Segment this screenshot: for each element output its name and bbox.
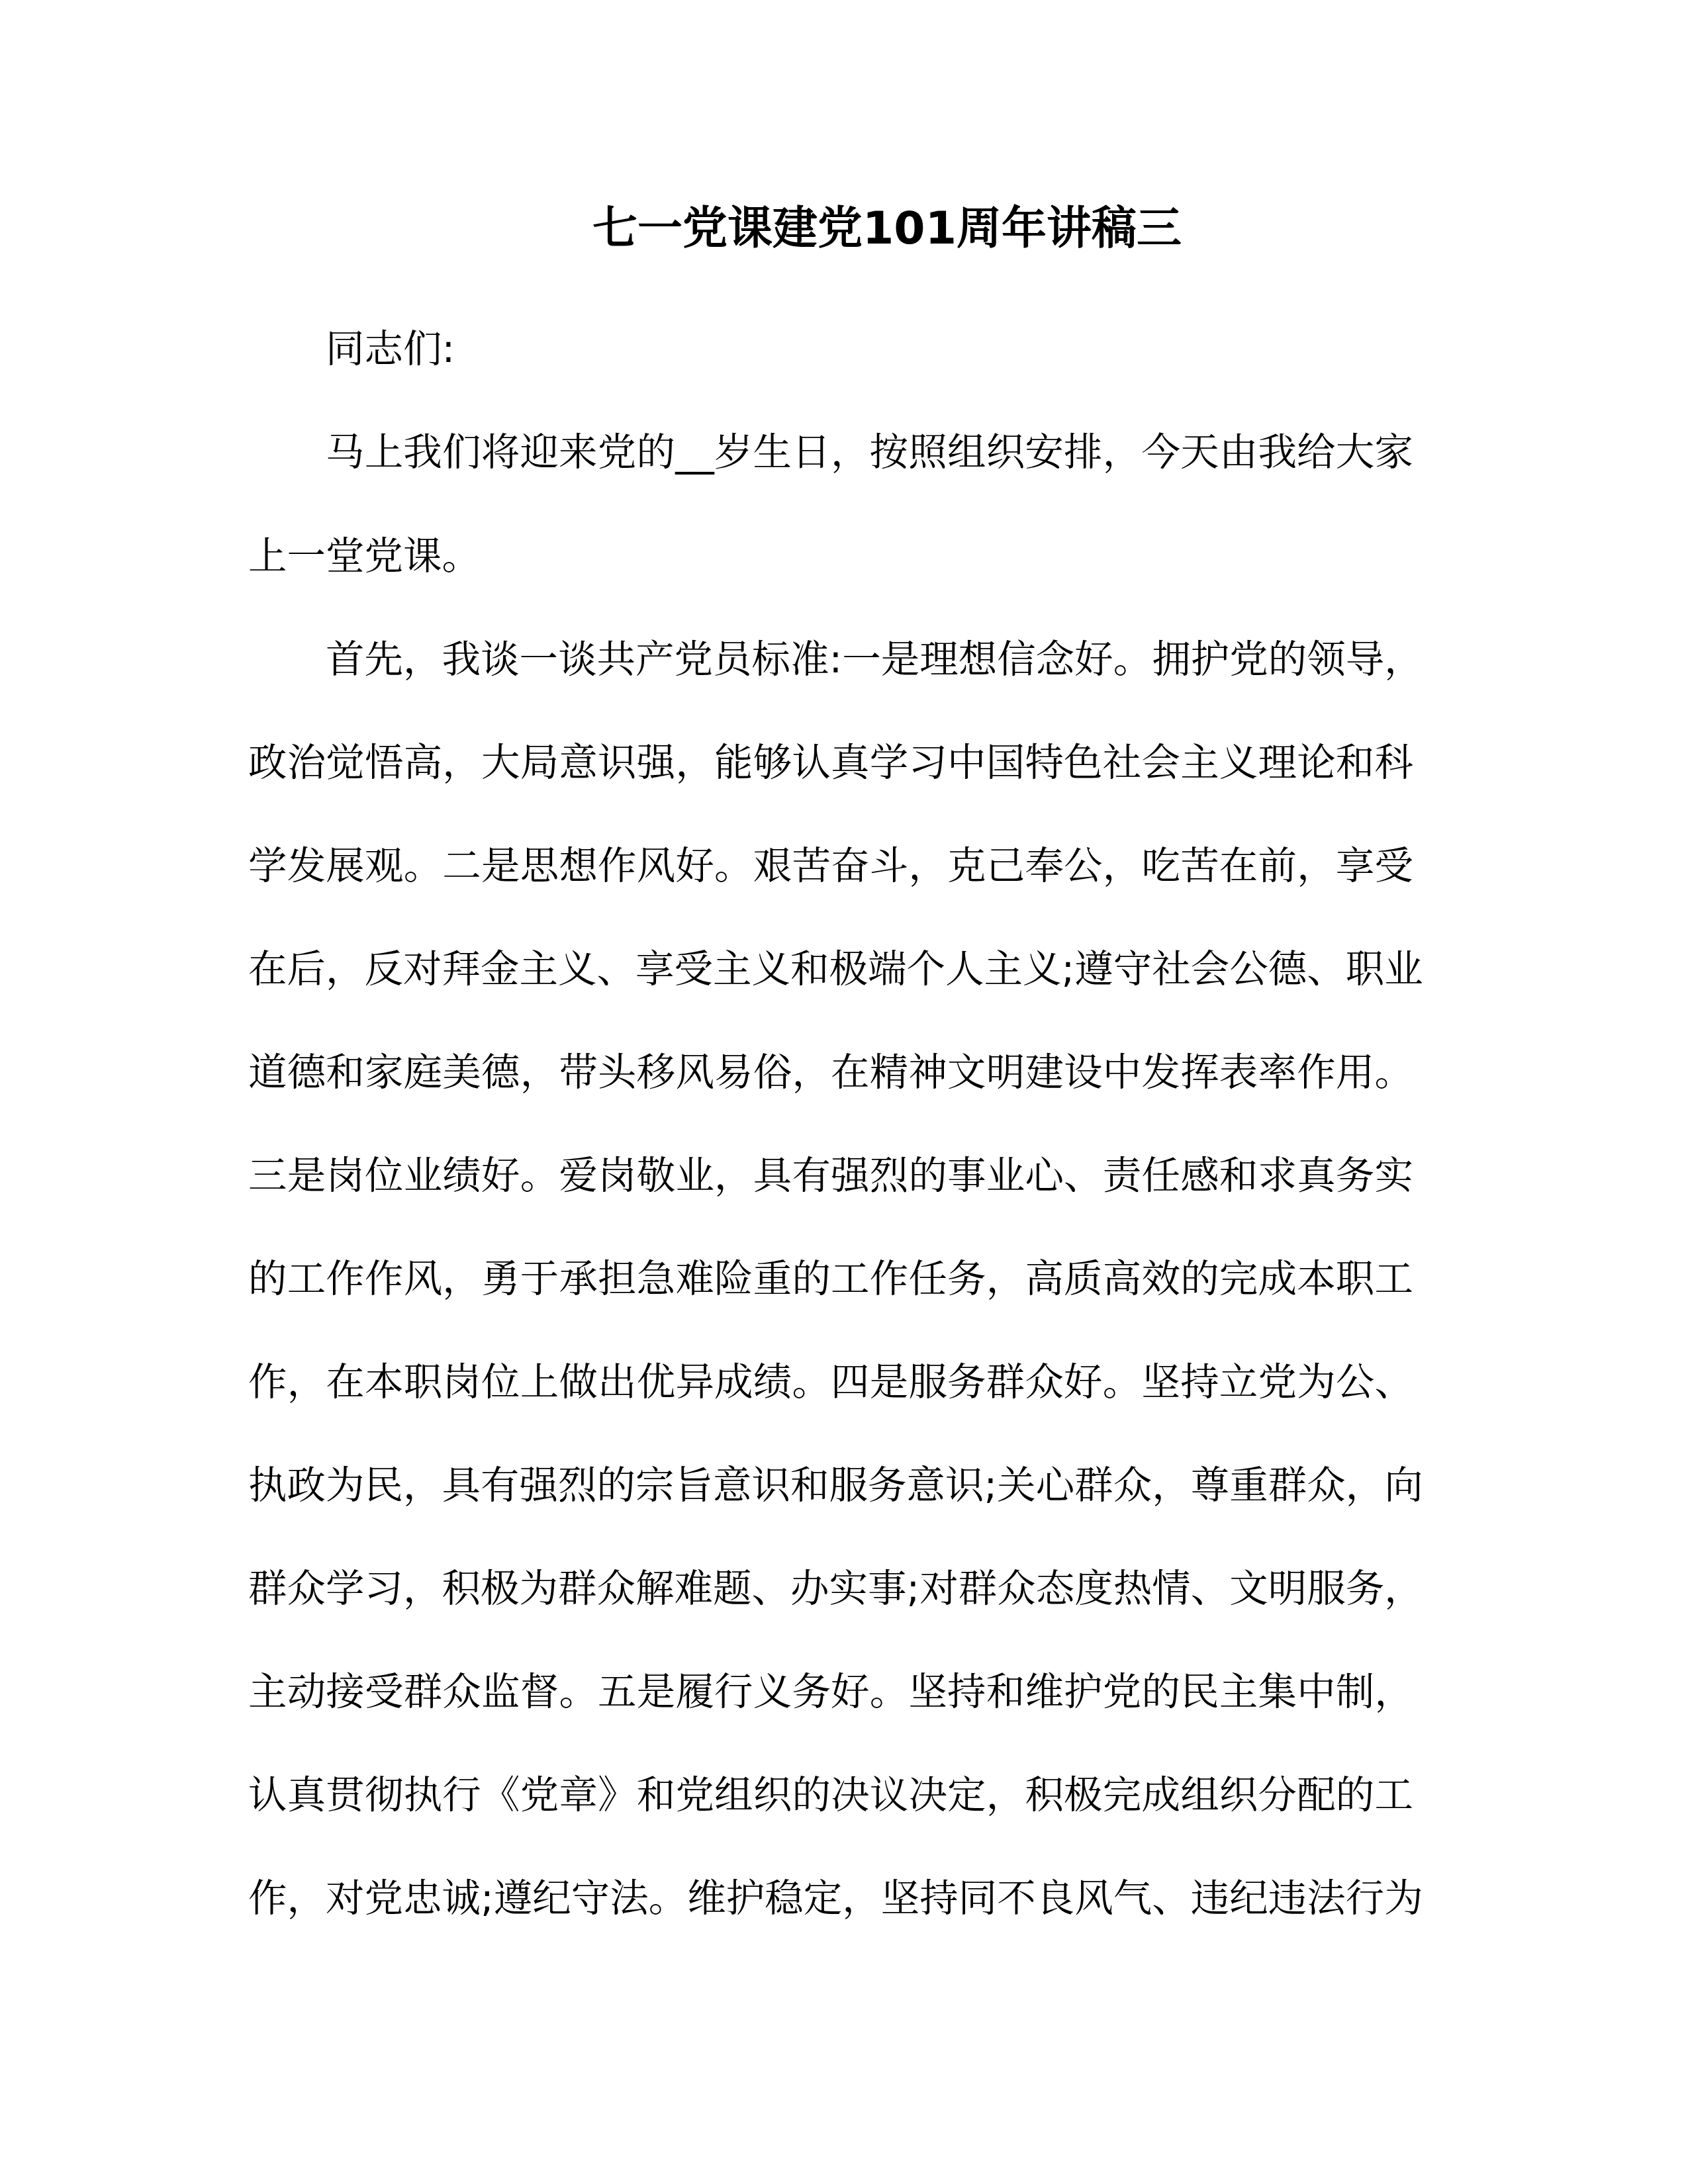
paragraph-line: 执政为民，具有强烈的宗旨意识和服务意识;关心群众，尊重群众，向 [248, 1455, 1413, 1515]
paragraph-line: 主动接受群众监督。五是履行义务好。坚持和维护党的民主集中制， [248, 1662, 1413, 1721]
salutation: 同志们: [326, 319, 1413, 379]
paragraph-line: 的工作作风，勇于承担急难险重的工作任务，高质高效的完成本职工 [248, 1249, 1413, 1308]
paragraph-line: 在后，反对拜金主义、享受主义和极端个人主义;遵守社会公德、职业 [248, 939, 1413, 999]
document-page: 七一党课建党101周年讲稿三 同志们: 马上我们将迎来党的__岁生日，按照组织安… [0, 0, 1688, 2184]
paragraph-line: 作，在本职岗位上做出优异成绩。四是服务群众好。坚持立党为公、 [248, 1352, 1413, 1412]
paragraph-line: 学发展观。二是思想作风好。艰苦奋斗，克己奉公，吃苦在前，享受 [248, 836, 1413, 895]
paragraph-line: 政治觉悟高，大局意识强，能够认真学习中国特色社会主义理论和科 [248, 733, 1413, 792]
paragraph-line: 上一堂党课。 [248, 526, 1413, 586]
paragraph-line: 首先，我谈一谈共产党员标准:一是理想信念好。拥护党的领导， [326, 629, 1413, 689]
paragraph-line: 三是岗位业绩好。爱岗敬业，具有强烈的事业心、责任感和求真务实 [248, 1146, 1413, 1205]
paragraph-line: 道德和家庭美德，带头移风易俗，在精神文明建设中发挥表率作用。 [248, 1042, 1413, 1102]
paragraph-line: 认真贯彻执行《党章》和党组织的决议决定，积极完成组织分配的工 [248, 1765, 1413, 1825]
document-title: 七一党课建党101周年讲稿三 [0, 196, 1688, 262]
paragraph-line: 群众学习，积极为群众解难题、办实事;对群众态度热情、文明服务， [248, 1559, 1413, 1618]
paragraph-line: 马上我们将迎来党的__岁生日，按照组织安排，今天由我给大家 [326, 422, 1413, 482]
paragraph-line: 作，对党忠诚;遵纪守法。维护稳定，坚持同不良风气、违纪违法行为 [248, 1868, 1413, 1928]
